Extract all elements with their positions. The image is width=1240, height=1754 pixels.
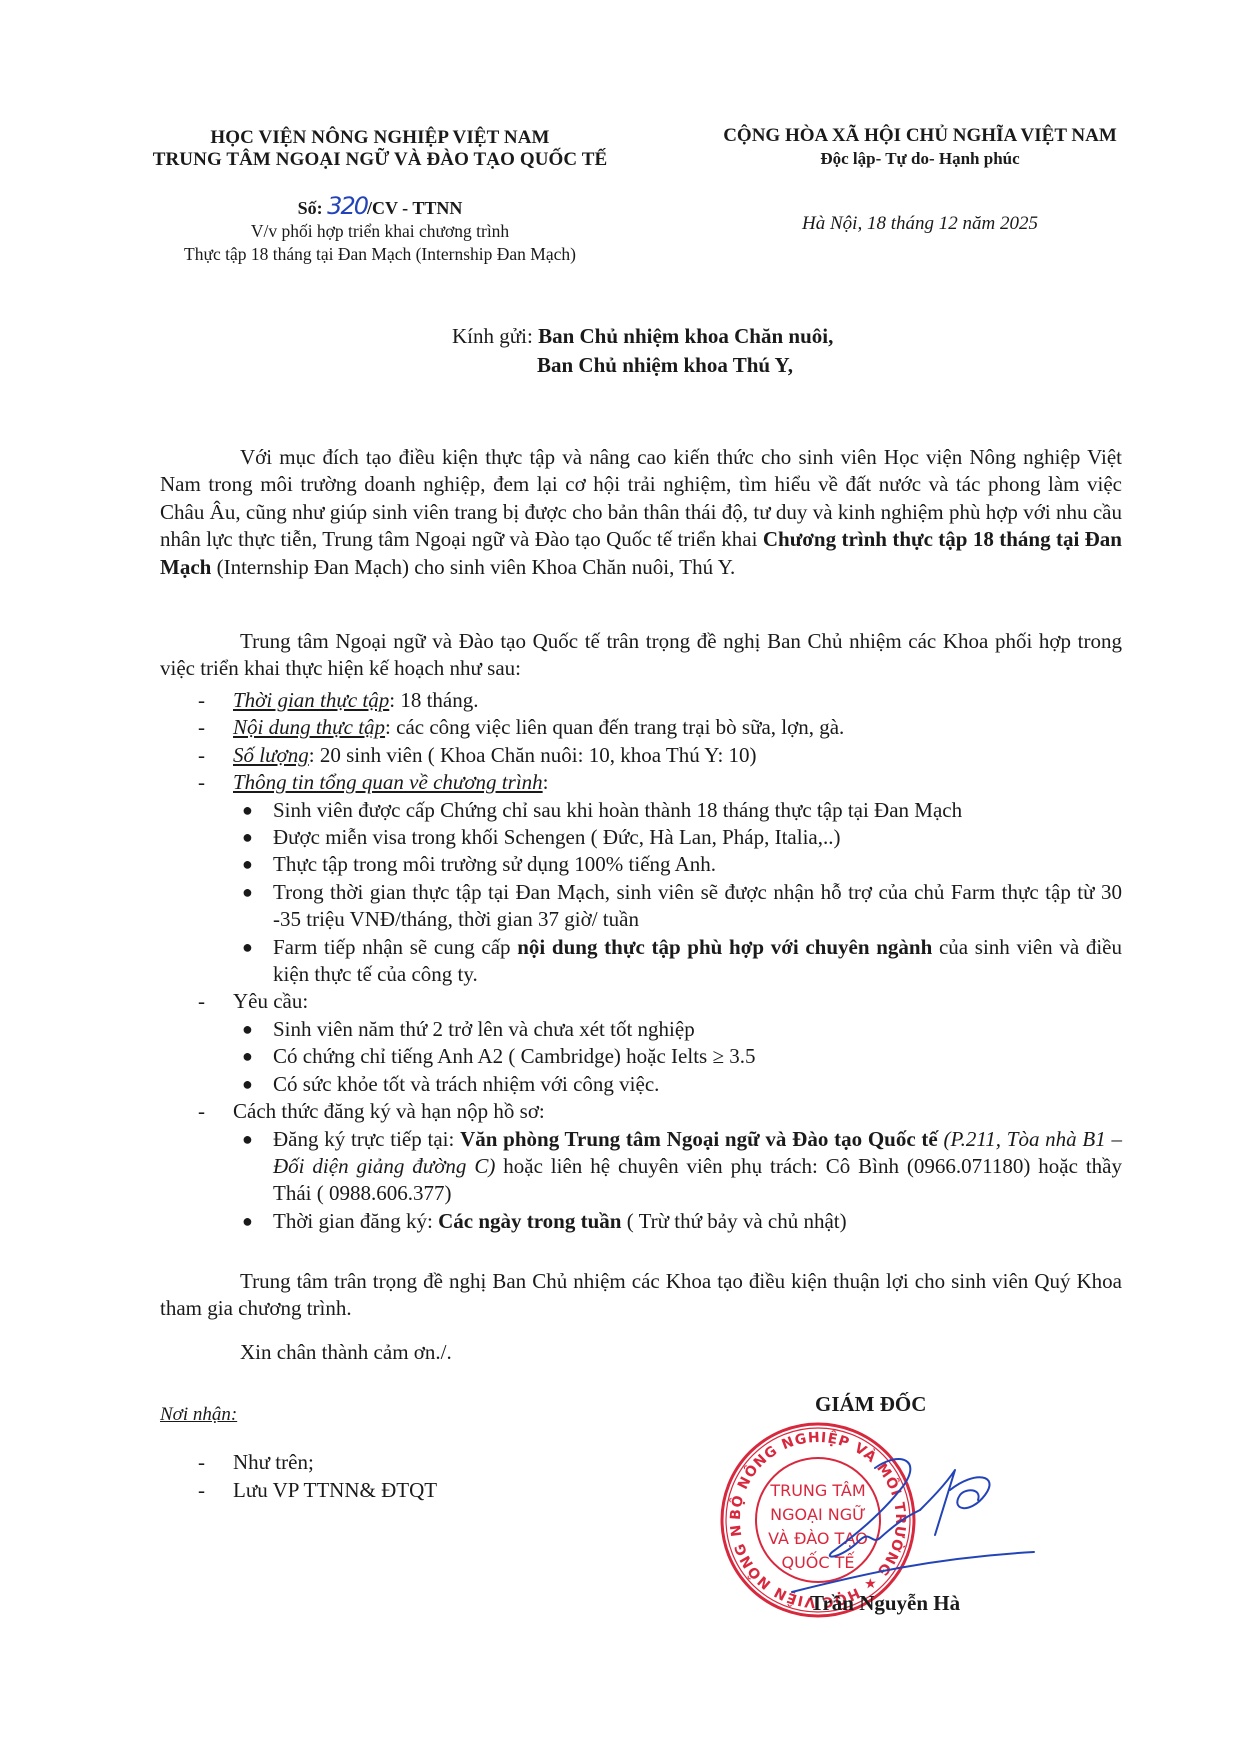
requirement-item: ●Có sức khỏe tốt và trách nhiệm với công… (160, 1071, 1122, 1098)
list-item-quantity: - Số lượng: 20 sinh viên ( Khoa Chăn nuô… (160, 742, 1122, 769)
overview-item: ●Sinh viên được cấp Chứng chỉ sau khi ho… (160, 797, 1122, 824)
thanks-line: Xin chân thành cảm ơn./. (240, 1339, 452, 1366)
recipient-1: Ban Chủ nhiệm khoa Chăn nuôi, (538, 324, 833, 348)
country-title: CỘNG HÒA XÃ HỘI CHỦ NGHĨA VIỆT NAM (660, 124, 1180, 148)
registration-item: ●Thời gian đăng ký: Các ngày trong tuần … (160, 1208, 1122, 1235)
requirement-item: ●Sinh viên năm thứ 2 trở lên và chưa xét… (160, 1016, 1122, 1043)
issuer-header: HỌC VIỆN NÔNG NGHIỆP VIỆT NAM TRUNG TÂM … (120, 127, 640, 266)
handwritten-signature-icon (760, 1430, 1040, 1610)
signer-title: GIÁM ĐỐC (815, 1392, 926, 1417)
greeting: Kính gửi: Ban Chủ nhiệm khoa Chăn nuôi, … (452, 322, 833, 380)
subject-line-1: V/v phối hợp triển khai chương trình (120, 220, 640, 243)
recipients-block: Nơi nhận: -Như trên; -Lưu VP TTNN& ĐTQT (160, 1402, 437, 1504)
overview-item: ●Farm tiếp nhận sẽ cung cấp nội dung thự… (160, 934, 1122, 989)
recipient-2: Ban Chủ nhiệm khoa Thú Y, (537, 353, 793, 377)
recipient-item: -Như trên; (160, 1448, 437, 1476)
request-paragraph: Trung tâm Ngoại ngữ và Đào tạo Quốc tế t… (160, 628, 1122, 683)
list-item-content: - Nội dung thực tập: các công việc liên … (160, 714, 1122, 741)
national-header: CỘNG HÒA XÃ HỘI CHỦ NGHĨA VIỆT NAM Độc l… (660, 124, 1180, 236)
requirement-item: ●Có chứng chỉ tiếng Anh A2 ( Cambridge) … (160, 1043, 1122, 1070)
plan-list: - Thời gian thực tập: 18 tháng. - Nội du… (160, 687, 1122, 1235)
center-name: TRUNG TÂM NGOẠI NGỮ VÀ ĐÀO TẠO QUỐC TẾ (120, 149, 640, 171)
registration-item: ●Đăng ký trực tiếp tại: Văn phòng Trung … (160, 1126, 1122, 1208)
overview-item: ●Được miễn visa trong khối Schengen ( Đứ… (160, 824, 1122, 851)
overview-item: ●Thực tập trong môi trường sử dụng 100% … (160, 851, 1122, 878)
closing-paragraph: Trung tâm trân trọng đề nghị Ban Chủ nhi… (160, 1268, 1122, 1323)
subject-line-2: Thực tập 18 tháng tại Đan Mạch (Internsh… (120, 243, 640, 266)
overview-item: ●Trong thời gian thực tập tại Đan Mạch, … (160, 879, 1122, 934)
signer-name: Trần Nguyễn Hà (810, 1591, 960, 1616)
recipients-title: Nơi nhận: (160, 1402, 437, 1428)
recipient-item: -Lưu VP TTNN& ĐTQT (160, 1476, 437, 1504)
country-motto: Độc lập- Tự do- Hạnh phúc (660, 148, 1180, 170)
list-item-duration: - Thời gian thực tập: 18 tháng. (160, 687, 1122, 714)
handwritten-number: 320 (327, 192, 367, 220)
document-date: Hà Nội, 18 tháng 12 năm 2025 (660, 212, 1180, 236)
intro-paragraph: Với mục đích tạo điều kiện thực tập và n… (160, 444, 1122, 581)
greeting-label: Kính gửi: (452, 324, 538, 348)
institution-name: HỌC VIỆN NÔNG NGHIỆP VIỆT NAM (120, 127, 640, 149)
document-number: Số: 320/CV - TTNN (120, 194, 640, 220)
list-item-registration: - Cách thức đăng ký và hạn nộp hồ sơ: (160, 1098, 1122, 1125)
list-item-requirements: - Yêu cầu: (160, 988, 1122, 1015)
list-item-overview: - Thông tin tổng quan về chương trình: (160, 769, 1122, 796)
